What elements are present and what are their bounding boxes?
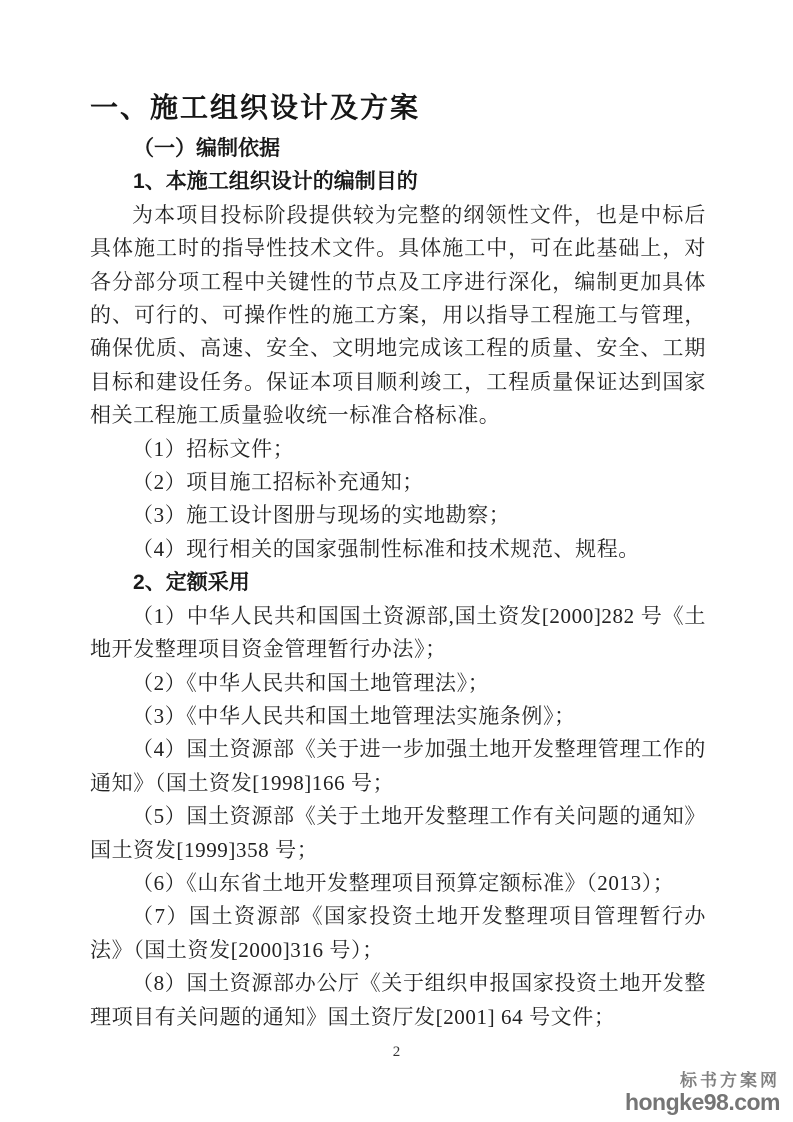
list-item-quota-7: （7）国土资源部《国家投资土地开发整理项目管理暂行办法》（国土资发[2000]3… bbox=[90, 900, 706, 967]
paragraph-purpose: 为本项目投标阶段提供较为完整的纲领性文件，也是中标后具体施工时的指导性技术文件。… bbox=[90, 199, 706, 433]
list-item-basis-4: （4）现行相关的国家强制性标准和技术规范、规程。 bbox=[90, 533, 706, 566]
subheading-basis: （一）编制依据 bbox=[90, 132, 706, 165]
list-item-basis-1: （1）招标文件； bbox=[90, 433, 706, 466]
document-content: 一、施工组织设计及方案 （一）编制依据 1、本施工组织设计的编制目的 为本项目投… bbox=[90, 88, 706, 1034]
watermark-site-url: hongke98.com bbox=[625, 1090, 780, 1114]
list-item-quota-1: （1）中华人民共和国国土资源部,国土资发[2000]282 号《土地开发整理项目… bbox=[90, 600, 706, 667]
list-item-quota-4: （4）国土资源部《关于进一步加强土地开发整理管理工作的通知》（国土资发[1998… bbox=[90, 733, 706, 800]
section-heading: 一、施工组织设计及方案 bbox=[90, 88, 706, 128]
list-item-quota-5: （5）国土资源部《关于土地开发整理工作有关问题的通知》国土资发[1999]358… bbox=[90, 800, 706, 867]
list-item-quota-8: （8）国土资源部办公厅《关于组织申报国家投资土地开发整理项目有关问题的通知》国土… bbox=[90, 967, 706, 1034]
list-item-quota-2: （2）《中华人民共和国土地管理法》； bbox=[90, 667, 706, 700]
page-number: 2 bbox=[0, 1045, 793, 1060]
list-item-basis-3: （3）施工设计图册与现场的实地勘察； bbox=[90, 499, 706, 532]
watermark-site-name: 标书方案网 bbox=[625, 1072, 780, 1090]
document-page: 一、施工组织设计及方案 （一）编制依据 1、本施工组织设计的编制目的 为本项目投… bbox=[0, 0, 793, 1122]
watermark: 标书方案网 hongke98.com bbox=[625, 1072, 780, 1114]
subheading-purpose: 1、本施工组织设计的编制目的 bbox=[90, 165, 706, 198]
subheading-quota: 2、定额采用 bbox=[90, 566, 706, 599]
list-item-basis-2: （2）项目施工招标补充通知； bbox=[90, 466, 706, 499]
list-item-quota-3: （3）《中华人民共和国土地管理法实施条例》； bbox=[90, 700, 706, 733]
list-item-quota-6: （6）《山东省土地开发整理项目预算定额标准》（2013）； bbox=[90, 867, 706, 900]
